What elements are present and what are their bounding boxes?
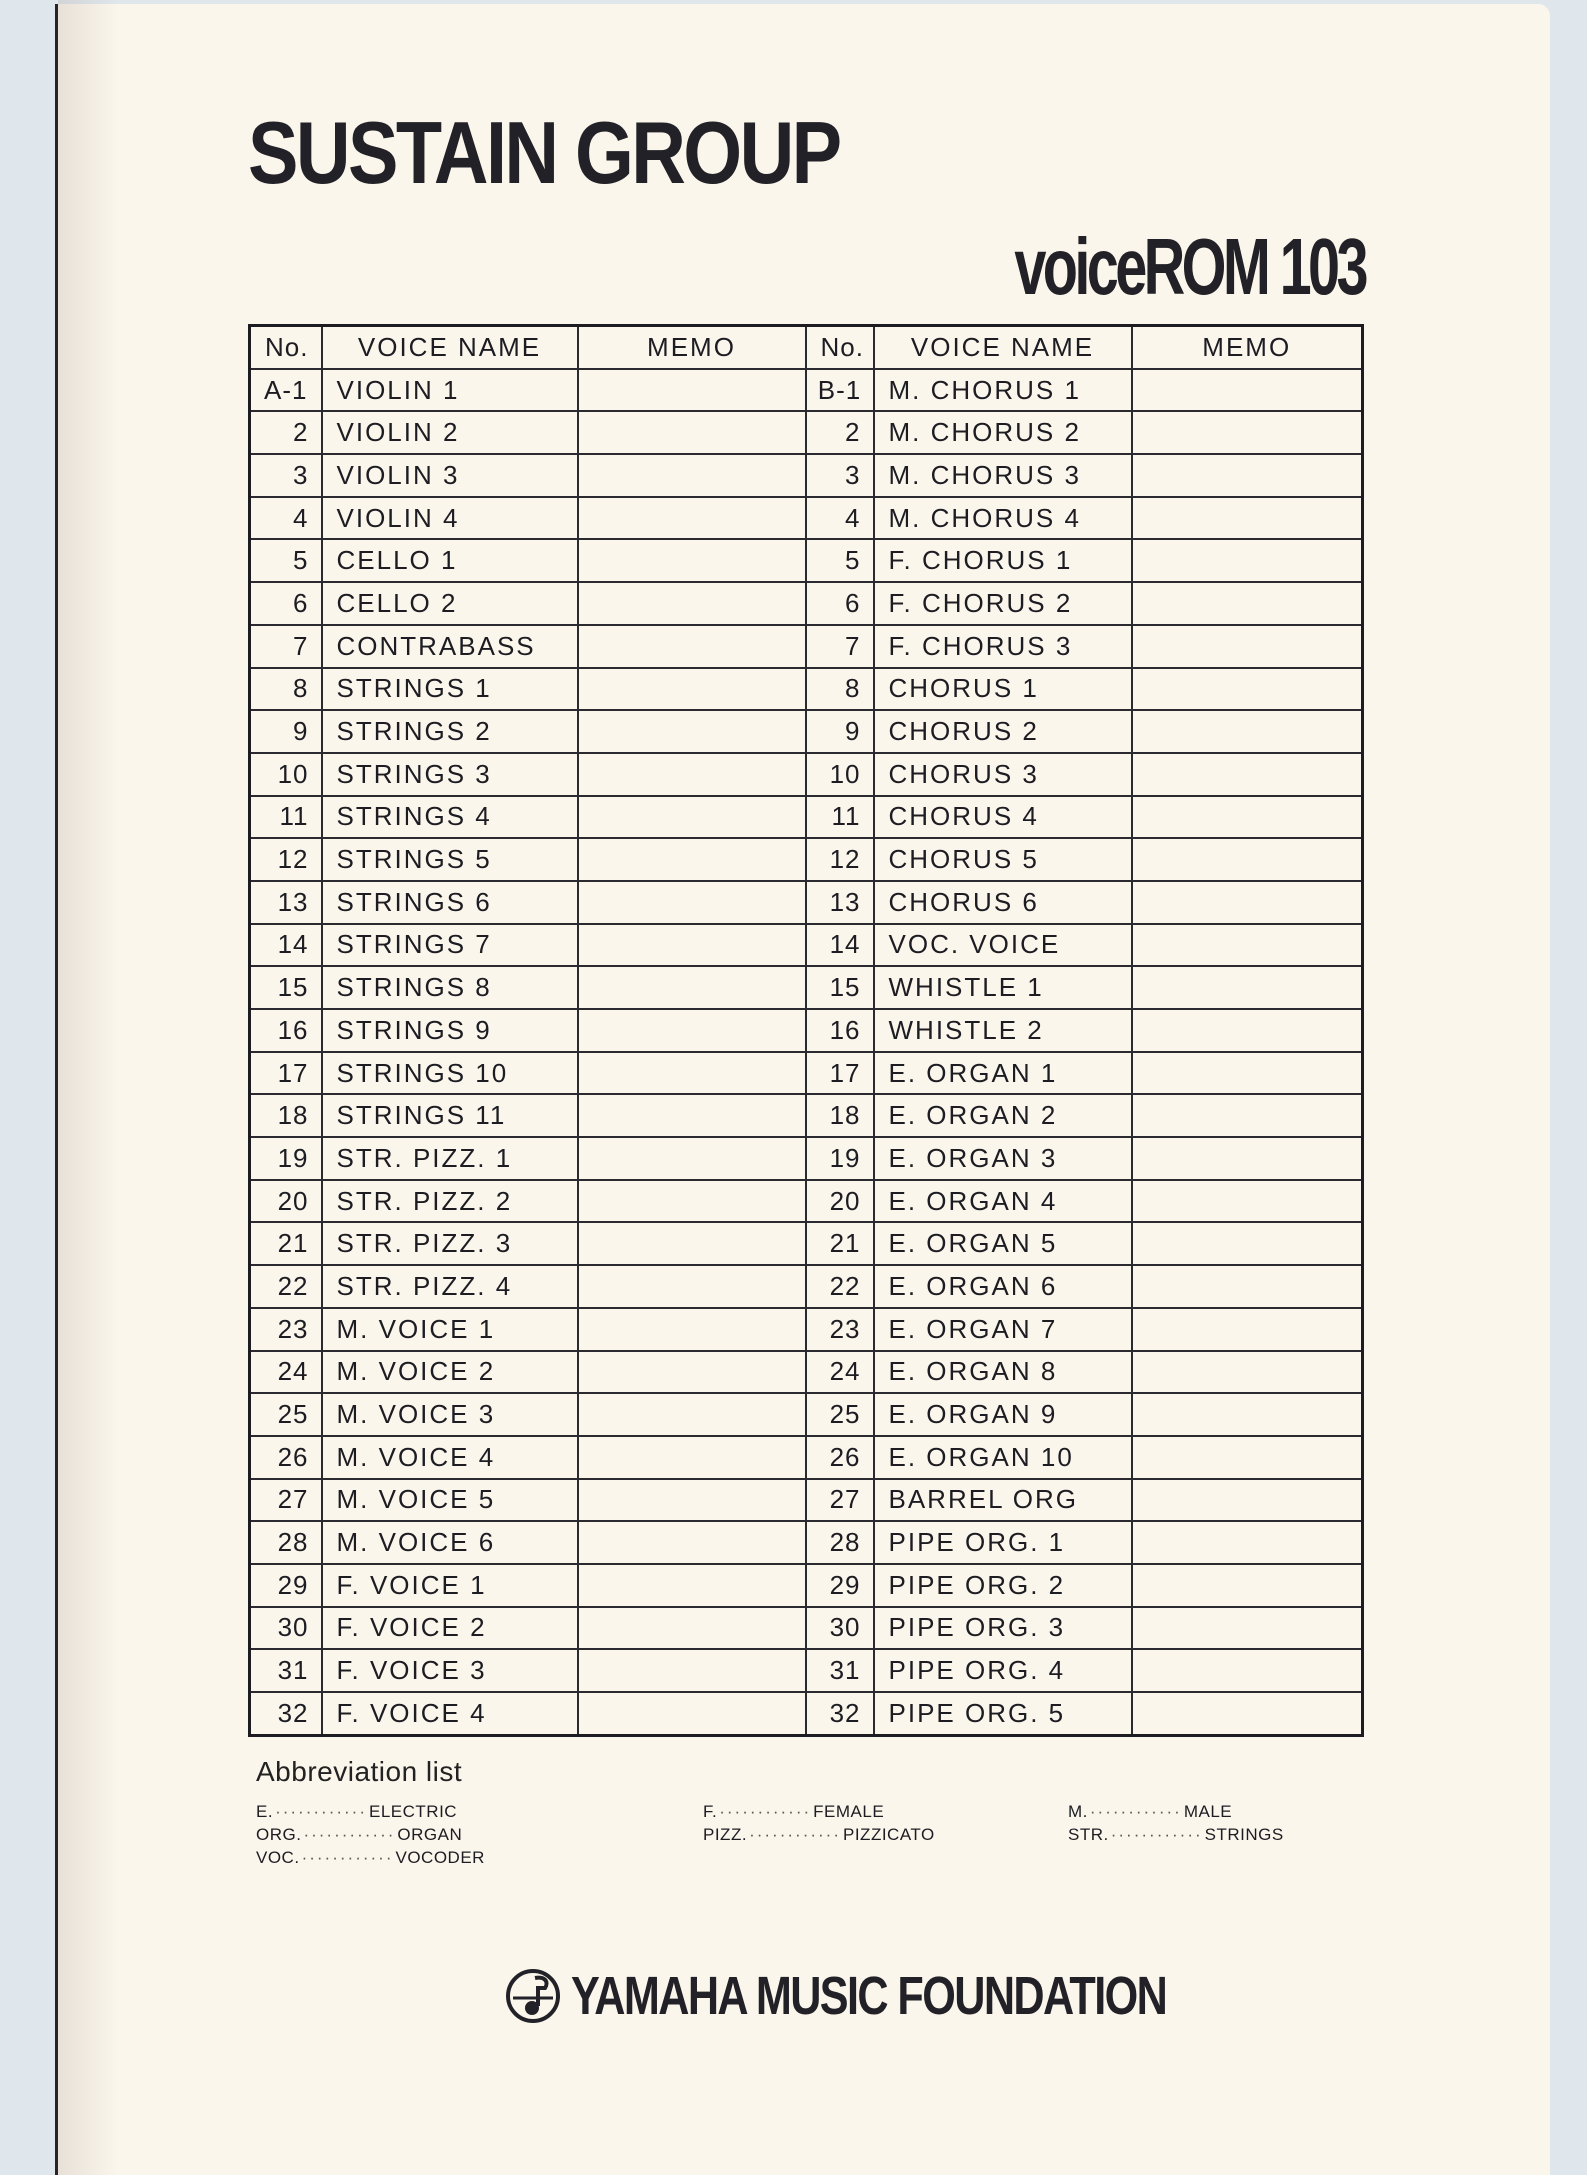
- table-row: 23M. VOICE 123E. ORGAN 7: [250, 1308, 1363, 1351]
- voice-number-b: 16: [806, 1009, 874, 1052]
- voice-name-a: M. VOICE 5: [322, 1479, 578, 1522]
- abbreviation-key: ORG.: [256, 1823, 301, 1846]
- voice-number-b: 17: [806, 1052, 874, 1095]
- voice-number-a: 24: [250, 1351, 322, 1394]
- voice-number-b: 15: [806, 966, 874, 1009]
- voice-name-b: CHORUS 3: [874, 753, 1132, 796]
- header-voice-name-a: VOICE NAME: [322, 326, 578, 369]
- voice-name-b: CHORUS 1: [874, 668, 1132, 711]
- abbreviation-key: VOC.: [256, 1846, 300, 1869]
- voice-name-a: STRINGS 7: [322, 924, 578, 967]
- table-row: 31F. VOICE 331PIPE ORG. 4: [250, 1649, 1363, 1692]
- voice-number-a: 25: [250, 1393, 322, 1436]
- voice-name-b: CHORUS 6: [874, 881, 1132, 924]
- memo-cell-a[interactable]: [578, 497, 806, 540]
- memo-cell-a[interactable]: [578, 454, 806, 497]
- voice-number-b: 24: [806, 1351, 874, 1394]
- header-no-b: No.: [806, 326, 874, 369]
- memo-cell-b[interactable]: [1132, 1521, 1363, 1564]
- memo-cell-a[interactable]: [578, 411, 806, 454]
- abbreviation-meaning: ORGAN: [397, 1823, 462, 1846]
- voice-name-a: M. VOICE 1: [322, 1308, 578, 1351]
- abbreviation-leader-dots: ············: [1111, 1823, 1203, 1846]
- table-row: 29F. VOICE 129PIPE ORG. 2: [250, 1564, 1363, 1607]
- voice-name-b: E. ORGAN 8: [874, 1351, 1132, 1394]
- abbreviation-key: M.: [1068, 1800, 1088, 1823]
- memo-cell-a[interactable]: [578, 1009, 806, 1052]
- voice-number-a: 31: [250, 1649, 322, 1692]
- voice-number-a: 8: [250, 668, 322, 711]
- abbreviation-meaning: FEMALE: [813, 1800, 884, 1823]
- table-row: 11STRINGS 411CHORUS 4: [250, 796, 1363, 839]
- voice-name-b: F. CHORUS 2: [874, 582, 1132, 625]
- memo-cell-a[interactable]: [578, 1265, 806, 1308]
- voice-name-b: VOC. VOICE: [874, 924, 1132, 967]
- abbreviation-item: PIZZ.············PIZZICATO: [703, 1823, 935, 1846]
- voice-name-b: M. CHORUS 2: [874, 411, 1132, 454]
- voice-number-a: 9: [250, 710, 322, 753]
- voice-number-a: 18: [250, 1094, 322, 1137]
- voice-name-a: M. VOICE 6: [322, 1521, 578, 1564]
- voice-name-b: BARREL ORG: [874, 1479, 1132, 1522]
- table-row: 20STR. PIZZ. 220E. ORGAN 4: [250, 1180, 1363, 1223]
- voice-number-b: 10: [806, 753, 874, 796]
- table-row: 19STR. PIZZ. 119E. ORGAN 3: [250, 1137, 1363, 1180]
- memo-cell-a[interactable]: [578, 1649, 806, 1692]
- voice-name-a: F. VOICE 2: [322, 1607, 578, 1650]
- voice-name-a: STRINGS 2: [322, 710, 578, 753]
- voice-number-a: 30: [250, 1607, 322, 1650]
- abbreviation-item: STR.············STRINGS: [1068, 1823, 1284, 1846]
- table-row: 5CELLO 15F. CHORUS 1: [250, 539, 1363, 582]
- voice-name-b: E. ORGAN 3: [874, 1137, 1132, 1180]
- voice-name-a: STRINGS 3: [322, 753, 578, 796]
- voice-name-b: E. ORGAN 2: [874, 1094, 1132, 1137]
- memo-cell-b[interactable]: [1132, 497, 1363, 540]
- voice-name-a: CELLO 2: [322, 582, 578, 625]
- table-row: 27M. VOICE 527BARREL ORG: [250, 1479, 1363, 1522]
- memo-cell-b[interactable]: [1132, 1692, 1363, 1735]
- table-row: 22STR. PIZZ. 422E. ORGAN 6: [250, 1265, 1363, 1308]
- voice-name-a: M. VOICE 3: [322, 1393, 578, 1436]
- voice-number-b: 19: [806, 1137, 874, 1180]
- voice-name-b: PIPE ORG. 2: [874, 1564, 1132, 1607]
- voice-number-b: 22: [806, 1265, 874, 1308]
- abbreviation-meaning: STRINGS: [1205, 1823, 1284, 1846]
- voice-number-b: 7: [806, 625, 874, 668]
- voice-name-b: E. ORGAN 7: [874, 1308, 1132, 1351]
- table-row: 21STR. PIZZ. 321E. ORGAN 5: [250, 1222, 1363, 1265]
- voice-name-b: M. CHORUS 4: [874, 497, 1132, 540]
- voice-rom-label: voiceROM 103: [1014, 226, 1365, 308]
- voice-name-b: E. ORGAN 4: [874, 1180, 1132, 1223]
- abbreviation-column-2: F.············FEMALEPIZZ.············PIZ…: [703, 1800, 935, 1846]
- voice-name-b: PIPE ORG. 4: [874, 1649, 1132, 1692]
- voice-number-a: 13: [250, 881, 322, 924]
- abbreviation-meaning: PIZZICATO: [843, 1823, 935, 1846]
- voice-number-a: 20: [250, 1180, 322, 1223]
- voice-name-b: CHORUS 4: [874, 796, 1132, 839]
- voice-number-b: 5: [806, 539, 874, 582]
- memo-cell-b[interactable]: [1132, 582, 1363, 625]
- memo-cell-b[interactable]: [1132, 1351, 1363, 1394]
- memo-cell-b[interactable]: [1132, 454, 1363, 497]
- abbreviation-list-title: Abbreviation list: [256, 1756, 462, 1788]
- memo-cell-b[interactable]: [1132, 369, 1363, 412]
- abbreviation-leader-dots: ············: [719, 1800, 811, 1823]
- abbreviation-leader-dots: ············: [302, 1846, 394, 1869]
- header-memo-a: MEMO: [578, 326, 806, 369]
- page-title: SUSTAIN GROUP: [248, 108, 840, 198]
- memo-cell-b[interactable]: [1132, 539, 1363, 582]
- table-row: 25M. VOICE 325E. ORGAN 9: [250, 1393, 1363, 1436]
- voice-number-a: 10: [250, 753, 322, 796]
- voice-number-a: 32: [250, 1692, 322, 1735]
- voice-number-a: 17: [250, 1052, 322, 1095]
- voice-number-b: 20: [806, 1180, 874, 1223]
- voice-name-a: STRINGS 11: [322, 1094, 578, 1137]
- voice-number-b: 18: [806, 1094, 874, 1137]
- voice-name-a: VIOLIN 4: [322, 497, 578, 540]
- header-no-a: No.: [250, 326, 322, 369]
- memo-cell-b[interactable]: [1132, 796, 1363, 839]
- voice-number-b: 4: [806, 497, 874, 540]
- memo-cell-b[interactable]: [1132, 1308, 1363, 1351]
- table-row: 32F. VOICE 432PIPE ORG. 5: [250, 1692, 1363, 1735]
- voice-name-b: WHISTLE 1: [874, 966, 1132, 1009]
- memo-cell-a[interactable]: [578, 539, 806, 582]
- abbreviation-meaning: ELECTRIC: [369, 1800, 457, 1823]
- voice-name-b: CHORUS 2: [874, 710, 1132, 753]
- memo-cell-b[interactable]: [1132, 1649, 1363, 1692]
- table-row: 2VIOLIN 22M. CHORUS 2: [250, 411, 1363, 454]
- abbreviation-item: E.············ELECTRIC: [256, 1800, 485, 1823]
- memo-cell-b[interactable]: [1132, 1009, 1363, 1052]
- voice-number-b: 30: [806, 1607, 874, 1650]
- table-row: 13STRINGS 613CHORUS 6: [250, 881, 1363, 924]
- abbreviation-column-1: E.············ELECTRICORG.············OR…: [256, 1800, 485, 1869]
- voice-rom-label-upper: ROM 103: [1144, 222, 1365, 311]
- voice-number-b: 9: [806, 710, 874, 753]
- memo-cell-b[interactable]: [1132, 1094, 1363, 1137]
- table-row: 10STRINGS 310CHORUS 3: [250, 753, 1363, 796]
- voice-name-b: WHISTLE 2: [874, 1009, 1132, 1052]
- memo-cell-a[interactable]: [578, 625, 806, 668]
- memo-cell-b[interactable]: [1132, 1052, 1363, 1095]
- memo-cell-b[interactable]: [1132, 924, 1363, 967]
- memo-cell-b[interactable]: [1132, 966, 1363, 1009]
- voice-number-b: 6: [806, 582, 874, 625]
- voice-number-a: A-1: [250, 369, 322, 412]
- voice-number-b: B-1: [806, 369, 874, 412]
- voice-number-a: 4: [250, 497, 322, 540]
- table-row: 24M. VOICE 224E. ORGAN 8: [250, 1351, 1363, 1394]
- voice-number-b: 32: [806, 1692, 874, 1735]
- memo-cell-a[interactable]: [578, 838, 806, 881]
- voice-number-b: 23: [806, 1308, 874, 1351]
- voice-number-b: 13: [806, 881, 874, 924]
- memo-cell-b[interactable]: [1132, 1564, 1363, 1607]
- memo-cell-b[interactable]: [1132, 753, 1363, 796]
- abbreviation-key: E.: [256, 1800, 273, 1823]
- voice-number-b: 31: [806, 1649, 874, 1692]
- abbreviation-key: PIZZ.: [703, 1823, 747, 1846]
- table-row: 26M. VOICE 426E. ORGAN 10: [250, 1436, 1363, 1479]
- voice-name-b: M. CHORUS 3: [874, 454, 1132, 497]
- voice-number-b: 26: [806, 1436, 874, 1479]
- voice-name-a: STR. PIZZ. 3: [322, 1222, 578, 1265]
- voice-number-a: 26: [250, 1436, 322, 1479]
- voice-name-a: STR. PIZZ. 4: [322, 1265, 578, 1308]
- table-row: 3VIOLIN 33M. CHORUS 3: [250, 454, 1363, 497]
- voice-rom-label-lower: voice: [1014, 222, 1143, 311]
- table-row: 18STRINGS 1118E. ORGAN 2: [250, 1094, 1363, 1137]
- voice-number-a: 7: [250, 625, 322, 668]
- abbreviation-item: ORG.············ORGAN: [256, 1823, 485, 1846]
- voice-name-a: STRINGS 1: [322, 668, 578, 711]
- memo-cell-b[interactable]: [1132, 1180, 1363, 1223]
- table-row: 30F. VOICE 230PIPE ORG. 3: [250, 1607, 1363, 1650]
- abbreviation-meaning: MALE: [1184, 1800, 1232, 1823]
- memo-cell-a[interactable]: [578, 1479, 806, 1522]
- table-row: 4VIOLIN 44M. CHORUS 4: [250, 497, 1363, 540]
- voice-name-b: E. ORGAN 1: [874, 1052, 1132, 1095]
- voice-name-b: E. ORGAN 9: [874, 1393, 1132, 1436]
- voice-name-b: F. CHORUS 3: [874, 625, 1132, 668]
- abbreviation-meaning: VOCODER: [396, 1846, 485, 1869]
- voice-number-b: 2: [806, 411, 874, 454]
- voice-number-a: 15: [250, 966, 322, 1009]
- memo-cell-b[interactable]: [1132, 668, 1363, 711]
- memo-cell-a[interactable]: [578, 1052, 806, 1095]
- voice-number-b: 11: [806, 796, 874, 839]
- voice-name-a: STR. PIZZ. 2: [322, 1180, 578, 1223]
- memo-cell-a[interactable]: [578, 1393, 806, 1436]
- table-row: 8STRINGS 18CHORUS 1: [250, 668, 1363, 711]
- memo-cell-b[interactable]: [1132, 1265, 1363, 1308]
- memo-cell-a[interactable]: [578, 924, 806, 967]
- voice-number-a: 27: [250, 1479, 322, 1522]
- voice-name-a: STR. PIZZ. 1: [322, 1137, 578, 1180]
- memo-cell-b[interactable]: [1132, 625, 1363, 668]
- voice-number-a: 28: [250, 1521, 322, 1564]
- voice-name-a: STRINGS 9: [322, 1009, 578, 1052]
- table-row: 9STRINGS 29CHORUS 2: [250, 710, 1363, 753]
- voice-name-a: STRINGS 4: [322, 796, 578, 839]
- memo-cell-b[interactable]: [1132, 881, 1363, 924]
- voice-number-a: 16: [250, 1009, 322, 1052]
- voice-name-b: PIPE ORG. 1: [874, 1521, 1132, 1564]
- voice-name-a: F. VOICE 4: [322, 1692, 578, 1735]
- voice-name-a: STRINGS 8: [322, 966, 578, 1009]
- memo-cell-a[interactable]: [578, 966, 806, 1009]
- memo-cell-b[interactable]: [1132, 1393, 1363, 1436]
- memo-cell-b[interactable]: [1132, 1222, 1363, 1265]
- voice-name-a: F. VOICE 1: [322, 1564, 578, 1607]
- voice-name-b: PIPE ORG. 5: [874, 1692, 1132, 1735]
- voice-name-a: VIOLIN 2: [322, 411, 578, 454]
- memo-cell-b[interactable]: [1132, 1607, 1363, 1650]
- memo-cell-a[interactable]: [578, 369, 806, 412]
- voice-number-b: 21: [806, 1222, 874, 1265]
- memo-cell-b[interactable]: [1132, 1137, 1363, 1180]
- voice-number-a: 14: [250, 924, 322, 967]
- voice-number-a: 3: [250, 454, 322, 497]
- voice-number-a: 5: [250, 539, 322, 582]
- voice-name-b: E. ORGAN 10: [874, 1436, 1132, 1479]
- memo-cell-b[interactable]: [1132, 411, 1363, 454]
- voice-number-b: 27: [806, 1479, 874, 1522]
- table-row: 14STRINGS 714VOC. VOICE: [250, 924, 1363, 967]
- header-memo-b: MEMO: [1132, 326, 1363, 369]
- table-row: 6CELLO 26F. CHORUS 2: [250, 582, 1363, 625]
- voice-name-a: STRINGS 5: [322, 838, 578, 881]
- voice-number-a: 22: [250, 1265, 322, 1308]
- abbreviation-leader-dots: ············: [1090, 1800, 1182, 1823]
- voice-name-b: E. ORGAN 5: [874, 1222, 1132, 1265]
- voice-name-a: STRINGS 10: [322, 1052, 578, 1095]
- yamaha-music-foundation-logo-icon: [505, 1968, 561, 2024]
- table-row: 17STRINGS 1017E. ORGAN 1: [250, 1052, 1363, 1095]
- voice-name-a: VIOLIN 3: [322, 454, 578, 497]
- voice-name-b: M. CHORUS 1: [874, 369, 1132, 412]
- voice-name-b: E. ORGAN 6: [874, 1265, 1132, 1308]
- footer-brand: YAMAHA MUSIC FOUNDATION: [505, 1965, 1315, 2027]
- voice-name-a: M. VOICE 2: [322, 1351, 578, 1394]
- voice-name-a: CELLO 1: [322, 539, 578, 582]
- voice-number-b: 25: [806, 1393, 874, 1436]
- memo-cell-a[interactable]: [578, 881, 806, 924]
- voice-name-a: VIOLIN 1: [322, 369, 578, 412]
- abbreviation-key: STR.: [1068, 1823, 1109, 1846]
- memo-cell-a[interactable]: [578, 1564, 806, 1607]
- voice-number-b: 12: [806, 838, 874, 881]
- footer-brand-text: YAMAHA MUSIC FOUNDATION: [571, 1965, 1166, 2027]
- memo-cell-a[interactable]: [578, 1607, 806, 1650]
- voice-name-a: F. VOICE 3: [322, 1649, 578, 1692]
- voice-number-a: 19: [250, 1137, 322, 1180]
- memo-cell-a[interactable]: [578, 1308, 806, 1351]
- memo-cell-a[interactable]: [578, 1180, 806, 1223]
- memo-cell-a[interactable]: [578, 1351, 806, 1394]
- header-voice-name-b: VOICE NAME: [874, 326, 1132, 369]
- table-row: 12STRINGS 512CHORUS 5: [250, 838, 1363, 881]
- voice-number-a: 23: [250, 1308, 322, 1351]
- voice-number-b: 8: [806, 668, 874, 711]
- memo-cell-a[interactable]: [578, 1094, 806, 1137]
- memo-cell-a[interactable]: [578, 710, 806, 753]
- table-header-row: No. VOICE NAME MEMO No. VOICE NAME MEMO: [250, 326, 1363, 369]
- voice-name-a: STRINGS 6: [322, 881, 578, 924]
- memo-cell-b[interactable]: [1132, 838, 1363, 881]
- voice-number-a: 11: [250, 796, 322, 839]
- memo-cell-a[interactable]: [578, 1137, 806, 1180]
- memo-cell-a[interactable]: [578, 1692, 806, 1735]
- abbreviation-leader-dots: ············: [275, 1800, 367, 1823]
- table-row: A-1VIOLIN 1B-1M. CHORUS 1: [250, 369, 1363, 412]
- memo-cell-b[interactable]: [1132, 710, 1363, 753]
- voice-number-b: 28: [806, 1521, 874, 1564]
- voice-number-a: 2: [250, 411, 322, 454]
- memo-cell-a[interactable]: [578, 1521, 806, 1564]
- table-row: 28M. VOICE 628PIPE ORG. 1: [250, 1521, 1363, 1564]
- memo-cell-a[interactable]: [578, 668, 806, 711]
- voice-number-a: 6: [250, 582, 322, 625]
- memo-cell-a[interactable]: [578, 753, 806, 796]
- memo-cell-a[interactable]: [578, 1222, 806, 1265]
- memo-cell-a[interactable]: [578, 796, 806, 839]
- abbreviation-leader-dots: ············: [303, 1823, 395, 1846]
- voice-number-a: 29: [250, 1564, 322, 1607]
- memo-cell-a[interactable]: [578, 1436, 806, 1479]
- abbreviation-key: F.: [703, 1800, 717, 1823]
- memo-cell-b[interactable]: [1132, 1436, 1363, 1479]
- abbreviation-leader-dots: ············: [749, 1823, 841, 1846]
- voice-name-b: CHORUS 5: [874, 838, 1132, 881]
- voice-number-b: 3: [806, 454, 874, 497]
- table-row: 16STRINGS 916WHISTLE 2: [250, 1009, 1363, 1052]
- abbreviation-item: M.············MALE: [1068, 1800, 1284, 1823]
- abbreviation-column-3: M.············MALESTR.············STRING…: [1068, 1800, 1284, 1846]
- voice-number-a: 12: [250, 838, 322, 881]
- voice-table: No. VOICE NAME MEMO No. VOICE NAME MEMO …: [248, 324, 1364, 1737]
- memo-cell-b[interactable]: [1132, 1479, 1363, 1522]
- voice-name-a: CONTRABASS: [322, 625, 578, 668]
- abbreviation-item: VOC.············VOCODER: [256, 1846, 485, 1869]
- abbreviation-item: F.············FEMALE: [703, 1800, 935, 1823]
- voice-number-a: 21: [250, 1222, 322, 1265]
- table-row: 15STRINGS 815WHISTLE 1: [250, 966, 1363, 1009]
- voice-name-b: PIPE ORG. 3: [874, 1607, 1132, 1650]
- voice-name-a: M. VOICE 4: [322, 1436, 578, 1479]
- table-row: 7CONTRABASS7F. CHORUS 3: [250, 625, 1363, 668]
- voice-number-b: 29: [806, 1564, 874, 1607]
- voice-number-b: 14: [806, 924, 874, 967]
- memo-cell-a[interactable]: [578, 582, 806, 625]
- voice-name-b: F. CHORUS 1: [874, 539, 1132, 582]
